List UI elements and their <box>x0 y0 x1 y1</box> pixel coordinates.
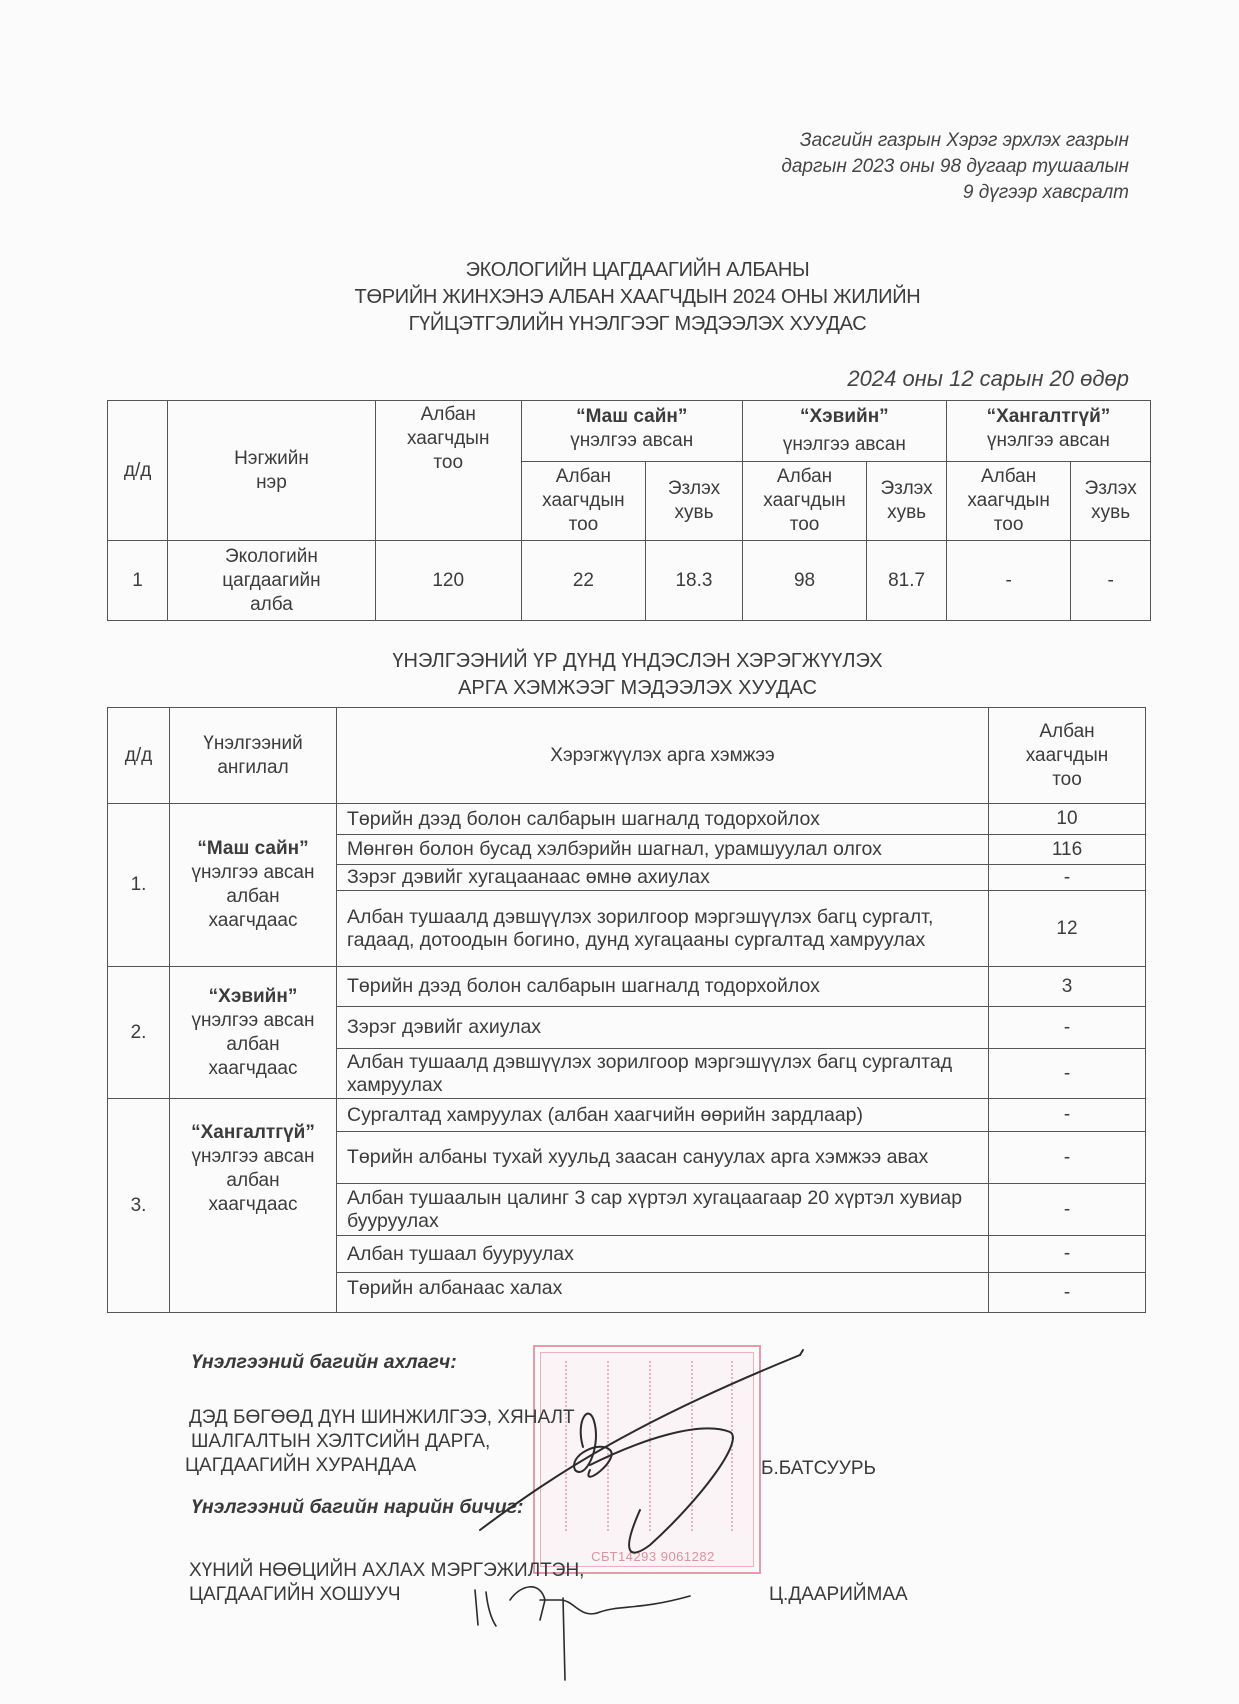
handwritten-signature-icon <box>0 0 1239 1704</box>
